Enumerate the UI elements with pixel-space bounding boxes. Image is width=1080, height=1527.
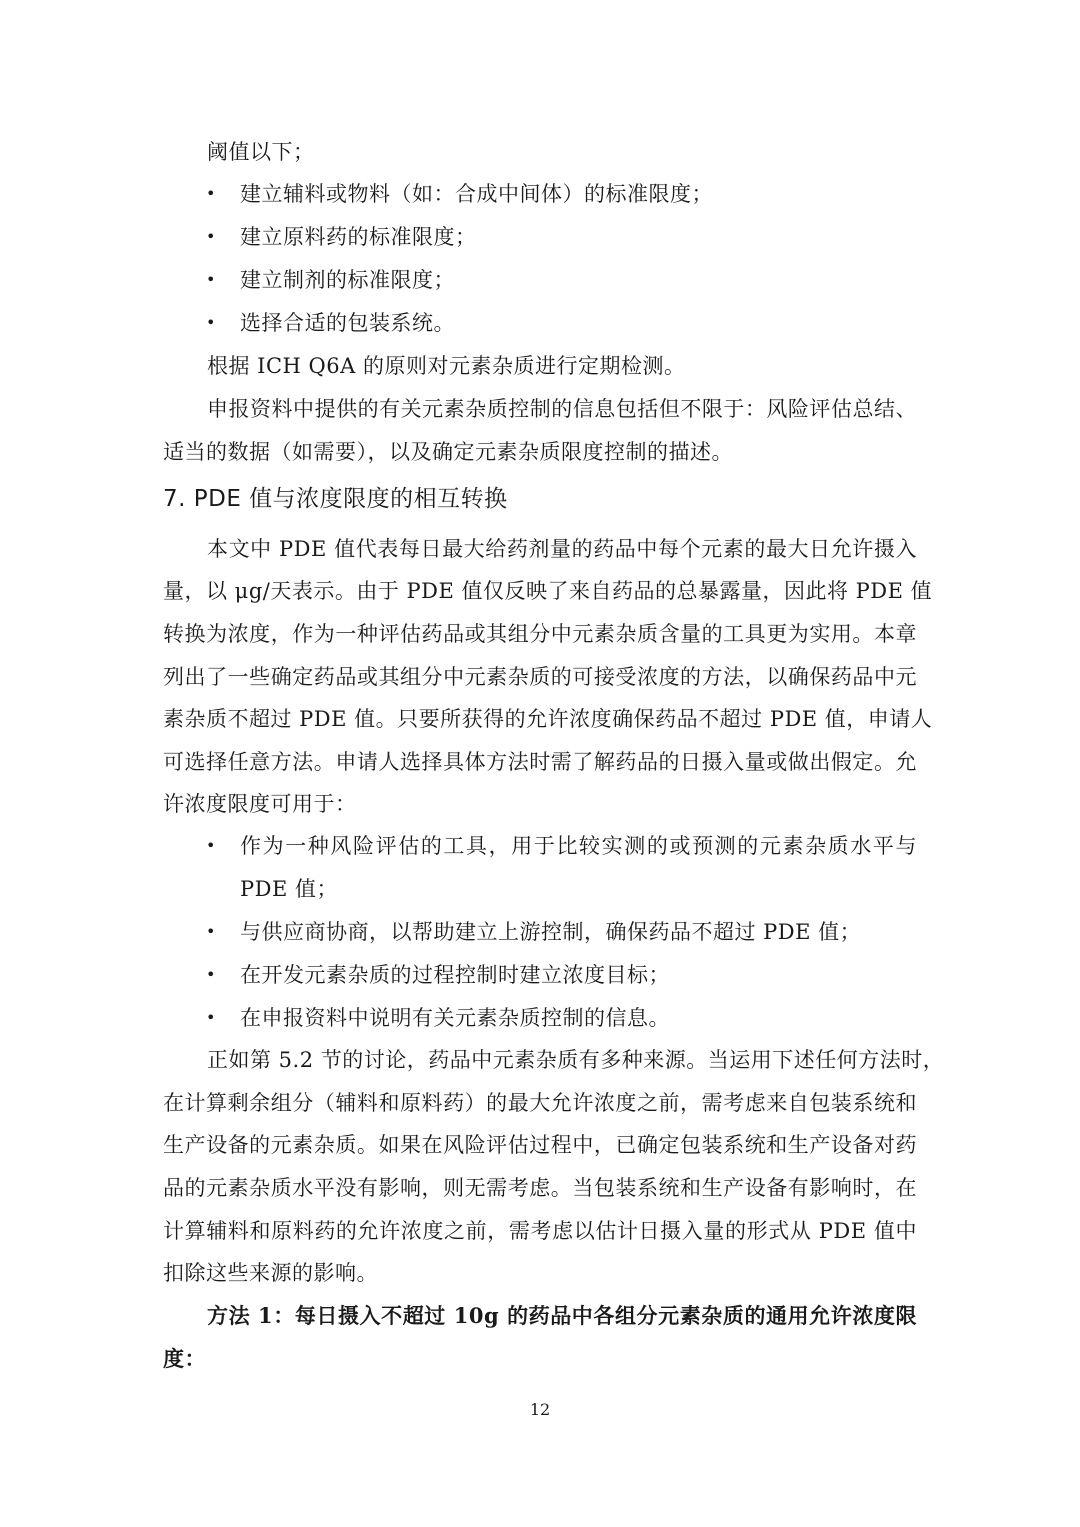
section-heading: 7. PDE 值与浓度限度的相互转换	[163, 484, 917, 514]
bullet-icon: •	[206, 265, 215, 295]
paragraph-line: 计算辅料和原料药的允许浓度之前，需考虑以估计日摄入量的形式从 PDE 值中	[163, 1216, 917, 1246]
paragraph-line: 生产设备的元素杂质。如果在风险评估过程中，已确定包装系统和生产设备对药	[163, 1130, 917, 1160]
bullet-icon: •	[206, 1003, 215, 1033]
paragraph-line: 在计算剩余组分（辅料和原料药）的最大允许浓度之前，需考虑来自包装系统和	[163, 1088, 917, 1118]
list-item: 与供应商协商，以帮助建立上游控制，确保药品不超过 PDE 值；	[240, 917, 917, 947]
document-page: 阈值以下； • 建立辅料或物料（如：合成中间体）的标准限度； • 建立原料药的标…	[0, 0, 1080, 1527]
paragraph-line: 适当的数据（如需要），以及确定元素杂质限度控制的描述。	[163, 437, 917, 467]
list-item-continuation: PDE 值；	[240, 874, 917, 904]
continuation-line: 阈值以下；	[207, 137, 917, 167]
bullet-icon: •	[206, 222, 215, 252]
paragraph-line: 可选择任意方法。申请人选择具体方法时需了解药品的日摄入量或做出假定。允	[163, 747, 917, 777]
paragraph-line: 量，以 μg/天表示。由于 PDE 值仅反映了来自药品的总暴露量，因此将 PDE…	[163, 576, 917, 606]
paragraph-q6a: 根据 ICH Q6A 的原则对元素杂质进行定期检测。	[207, 351, 917, 381]
list-item: 在申报资料中说明有关元素杂质控制的信息。	[240, 1003, 917, 1033]
paragraph-line: 方法 1：每日摄入不超过 10g 的药品中各组分元素杂质的通用允许浓度限	[207, 1301, 917, 1331]
page-number: 12	[0, 1399, 1080, 1421]
paragraph-line: 度：	[163, 1344, 917, 1374]
paragraph-line: 许浓度限度可用于：	[163, 789, 917, 819]
paragraph-line: 本文中 PDE 值代表每日最大给药剂量的药品中每个元素的最大日允许摄入	[207, 534, 917, 564]
paragraph-line: 转换为浓度，作为一种评估药品或其组分中元素杂质含量的工具更为实用。本章	[163, 619, 917, 649]
bullet-icon: •	[206, 960, 215, 990]
paragraph-line: 正如第 5.2 节的讨论，药品中元素杂质有多种来源。当运用下述任何方法时，	[207, 1045, 917, 1075]
list-item: 建立辅料或物料（如：合成中间体）的标准限度；	[240, 179, 917, 209]
bullet-icon: •	[206, 917, 215, 947]
list-item: 建立原料药的标准限度；	[240, 222, 917, 252]
paragraph-line: 列出了一些确定药品或其组分中元素杂质的可接受浓度的方法，以确保药品中元	[163, 662, 917, 692]
paragraph-line: 扣除这些来源的影响。	[163, 1258, 917, 1288]
bullet-icon: •	[206, 308, 215, 338]
list-item: 建立制剂的标准限度；	[240, 265, 917, 295]
paragraph-line: 申报资料中提供的有关元素杂质控制的信息包括但不限于：风险评估总结、	[207, 394, 917, 424]
list-item: 在开发元素杂质的过程控制时建立浓度目标；	[240, 960, 917, 990]
paragraph-line: 素杂质不超过 PDE 值。只要所获得的允许浓度确保药品不超过 PDE 值，申请人	[163, 704, 917, 734]
paragraph-line: 品的元素杂质水平没有影响，则无需考虑。当包装系统和生产设备有影响时，在	[163, 1173, 917, 1203]
bullet-icon: •	[206, 179, 215, 209]
list-item: 作为一种风险评估的工具，用于比较实测的或预测的元素杂质水平与	[240, 831, 917, 861]
bullet-icon: •	[206, 831, 215, 861]
list-item: 选择合适的包装系统。	[240, 308, 917, 338]
